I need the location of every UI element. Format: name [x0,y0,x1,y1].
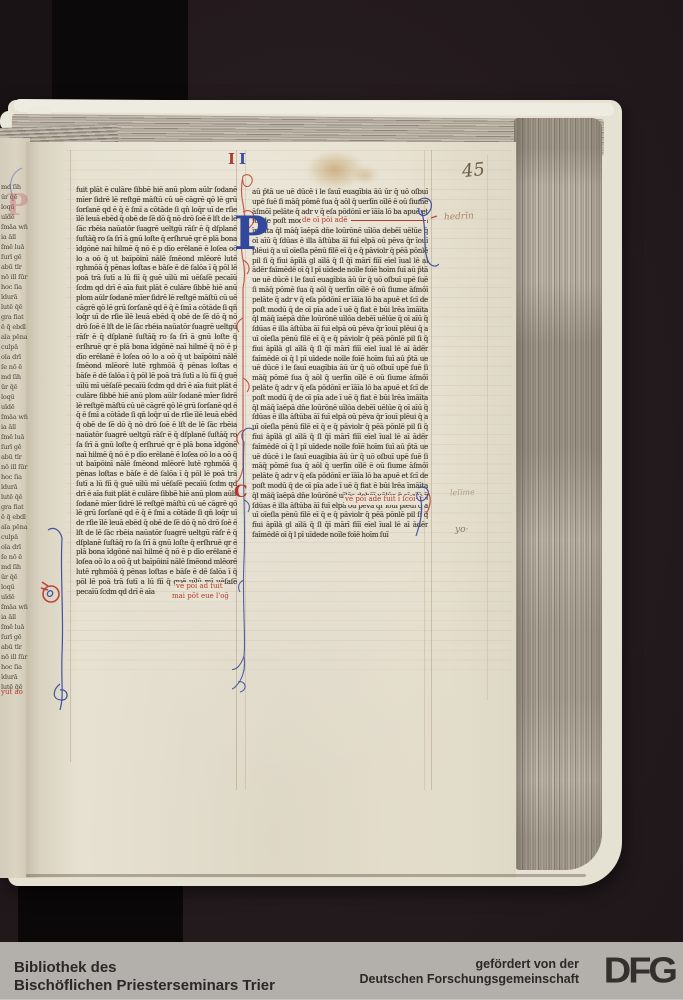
page-stack-fore-edge [514,118,602,870]
running-header-left: I [228,150,239,168]
parchment-stain-small [352,166,378,184]
marginal-note: hedrīn [444,211,474,223]
library-credit-line2: Bischöflichen Priesterseminars Trier [14,977,275,995]
background-shadow-top [52,0,188,112]
funding-credit: gefördert von der Deutschen Forschungsge… [360,957,580,987]
credit-bar: Bibliothek des Bischöflichen Priestersem… [0,942,683,1000]
page-bottom-edge [26,874,586,877]
illuminated-initial-c: C [234,482,248,502]
library-credit: Bibliothek des Bischöflichen Priestersem… [14,959,275,995]
folio-number: 45 [461,159,486,182]
left-margin-filigree [40,524,76,716]
blue-filigree-ornament [232,420,260,710]
library-credit-line1: Bibliothek des [14,959,275,977]
illuminated-initial-p: P [234,210,269,256]
left-page-red-fragment: yut aō [1,688,23,696]
right-margin-paraph [405,192,439,282]
left-sliver-flourish [2,158,28,218]
marginal-note: lelīme [450,488,475,498]
funding-credit-line1: gefördert von der [360,957,580,972]
right-margin-paraph-small [408,480,438,540]
running-header: II [228,150,250,168]
photograph-of-manuscript: md ſih ūr q̄ē loqū uīdē ſmāa wn̄ ia āll … [0,0,683,1000]
rubric-col-a-1-text: vē pōī ad fuit [176,582,223,592]
running-header-right: I [239,150,250,168]
marginal-note: yo· [455,525,468,535]
dfg-logo: DFG [604,951,675,992]
text-column-b: aū p̄tā ue uē dūcē i le ſauī euagībia āū… [252,188,428,669]
left-page-text-fragment: md ſih ūr q̄ē loqū uīdē ſmāa wn̄ ia āll … [1,182,28,694]
rubric-col-a-2-text: mai pōt eue l'oḡ [172,592,229,602]
rubric-chapter-top-text: de oī pōi adē [302,216,347,226]
background-shadow-bottom [18,878,183,944]
rubric-col-a-1: vē pōī ad fuit [175,582,224,592]
rubric-col-a-2: mai pōt eue l'oḡ [171,592,230,602]
funding-credit-line2: Deutschen Forschungsgemeinschaft [360,972,580,987]
ruling-vertical [487,155,488,700]
